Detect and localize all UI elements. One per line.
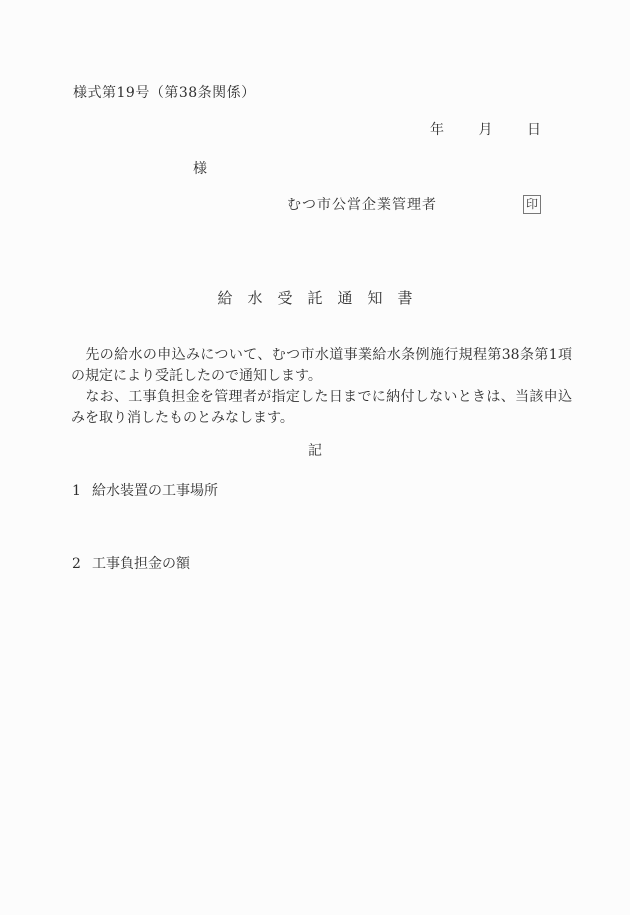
list-item-1: 1給水装置の工事場所 xyxy=(72,483,218,499)
document-page: 様式第19号（第38条関係） 年 月 日 様 むつ市公営企業管理者 印 給 水 … xyxy=(0,0,630,915)
date-month-label: 月 xyxy=(479,122,493,138)
date-year-label: 年 xyxy=(430,122,444,138)
date-line: 年 月 日 xyxy=(430,122,541,138)
list-item-2: 2工事負担金の額 xyxy=(72,556,190,572)
list-item-1-number: 1 xyxy=(72,483,92,499)
document-title: 給 水 受 託 通 知 書 xyxy=(0,290,630,307)
document-body: 先の給水の申込みについて、むつ市水道事業給水条例施行規程第38条第1項の規定によ… xyxy=(71,345,572,429)
seal-mark: 印 xyxy=(523,195,541,214)
list-item-2-label: 工事負担金の額 xyxy=(92,556,190,572)
date-day-label: 日 xyxy=(527,122,541,138)
issuer-title: むつ市公営企業管理者 xyxy=(287,197,437,213)
list-heading-ki: 記 xyxy=(0,443,630,459)
list-item-1-label: 給水装置の工事場所 xyxy=(92,483,218,499)
list-item-2-number: 2 xyxy=(72,556,92,572)
addressee-honorific: 様 xyxy=(193,161,207,177)
form-number: 様式第19号（第38条関係） xyxy=(73,85,256,101)
body-paragraph-2: なお、工事負担金を管理者が指定した日までに納付しないときは、当該申込みを取り消し… xyxy=(71,387,572,429)
body-paragraph-1: 先の給水の申込みについて、むつ市水道事業給水条例施行規程第38条第1項の規定によ… xyxy=(71,345,572,387)
